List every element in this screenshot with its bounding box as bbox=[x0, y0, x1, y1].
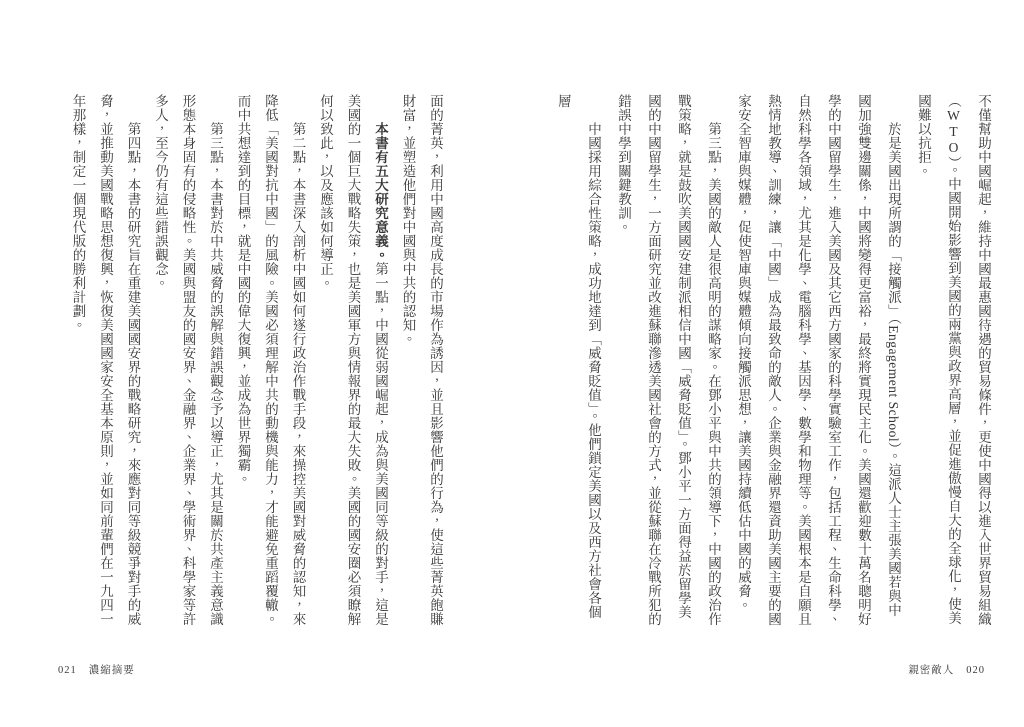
book-spread: 面的菁英，利用中國高度成長的市場作為誘因，並且影響他們的行為，使這些菁英飽賺財富… bbox=[0, 0, 1024, 727]
text-segment: ）。中國開始影響到美國的兩黨與政界高層，並促進傲慢自大的全球化，使美國難以抗拒。 bbox=[916, 94, 961, 625]
page-number-right: 020 bbox=[966, 665, 985, 676]
text-segment: 面的菁英，利用中國高度成長的市場作為誘因，並且影響他們的行為，使這些菁英飽賺財富… bbox=[401, 94, 444, 626]
paragraph: 第二點，本書深入剖析中國如何遂行政治作戰手段，來操控美國對威脅的認知，來降低「美… bbox=[229, 94, 312, 627]
text-segment: 中國採用綜合性策略，成功地達到「威脅貶值」。他們鎖定美國以及西方社會各個層 bbox=[556, 94, 601, 619]
text-segment: 第二點，本書深入剖析中國如何遂行政治作戰手段，來操控美國對威脅的認知，來降低「美… bbox=[236, 94, 306, 626]
text-segment: 於是美國出現所謂的「接觸派」（Engagement School）。這派人士主張… bbox=[736, 94, 901, 626]
page-footer-right: 親密敵人020 bbox=[908, 662, 985, 677]
text-segment: 第三點，美國的敵人是很高明的謀略家。在鄧小平與中共的領導下，中國的政治作戰策略，… bbox=[616, 94, 721, 626]
page-text-right: 不僅幫助中國崛起，維持中國最惠國待遇的貿易條件，更使中國得以進入世界貿易組織（W… bbox=[548, 94, 998, 627]
paragraph: 本書有五大研究意義。第一點，中國從弱國崛起，成為與美國同等級的對手，這是美國的一… bbox=[312, 94, 395, 627]
text-segment: 第三點，本書對於中共威脅的誤解與錯誤觀念予以導正，尤其是關於共產主義意識形態本身… bbox=[153, 94, 223, 626]
page-number-left: 021 bbox=[58, 665, 77, 676]
text-segment: 本書有五大研究意義。 bbox=[373, 122, 388, 262]
page-footer-left: 021濃縮摘要 bbox=[58, 662, 135, 677]
text-segment: 第四點，本書的研究旨在重建美國國安界的戰略研究，來應對同等級競爭對手的威脅，並推… bbox=[71, 94, 141, 626]
text-segment: WTO bbox=[946, 108, 961, 156]
paragraph: 第四點，本書的研究旨在重建美國國安界的戰略研究，來應對同等級競爭對手的威脅，並推… bbox=[64, 94, 147, 627]
paragraph: 面的菁英，利用中國高度成長的市場作為誘因，並且影響他們的行為，使這些菁英飽賺財富… bbox=[394, 94, 449, 627]
paragraph: 第三點，美國的敵人是很高明的謀略家。在鄧小平與中共的領導下，中國的政治作戰策略，… bbox=[608, 94, 728, 627]
paragraph: 第三點，本書對於中共威脅的誤解與錯誤觀念予以導正，尤其是關於共產主義意識形態本身… bbox=[147, 94, 230, 627]
book-title: 親密敵人 bbox=[908, 665, 954, 676]
paragraph: 不僅幫助中國崛起，維持中國最惠國待遇的貿易條件，更使中國得以進入世界貿易組織（W… bbox=[908, 94, 998, 627]
paragraph: 中國採用綜合性策略，成功地達到「威脅貶值」。他們鎖定美國以及西方社會各個層 bbox=[548, 94, 608, 627]
section-title: 濃縮摘要 bbox=[89, 665, 135, 676]
paragraph: 於是美國出現所謂的「接觸派」（Engagement School）。這派人士主張… bbox=[728, 94, 908, 627]
page-text-left: 面的菁英，利用中國高度成長的市場作為誘因，並且影響他們的行為，使這些菁英飽賺財富… bbox=[64, 94, 449, 627]
